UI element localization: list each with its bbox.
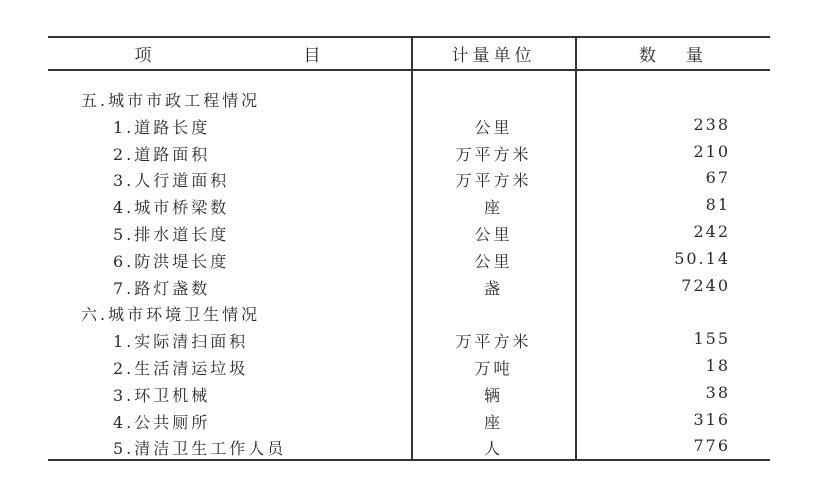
table-row: 2.生活清运垃圾万吨18 [48,356,770,383]
header-unit: 计量单位 [412,36,575,70]
row-item-label: 六.城市环境卫生情况 [81,302,260,325]
row-unit: 万平方米 [412,168,575,191]
row-item-label: 4.城市桥梁数 [113,195,229,218]
table-row: 3.环卫机械辆38 [48,383,770,410]
table-body: 五.城市市政工程情况1.道路长度公里2382.道路面积万平方米2103.人行道面… [48,88,770,463]
row-unit: 人 [412,436,575,459]
table-row: 7.路灯盏数盏7240 [48,276,770,303]
row-unit: 座 [412,410,575,433]
row-unit: 万平方米 [412,142,575,165]
statistics-table: 项 目 计量单位 数 量 五.城市市政工程情况1.道路长度公里2382.道路面积… [48,36,770,462]
row-unit: 公里 [412,249,575,272]
row-unit: 辆 [412,383,575,406]
row-item-label: 5.清洁卫生工作人员 [113,436,286,459]
row-quantity: 7240 [576,276,730,295]
row-quantity: 238 [576,115,730,134]
table-row: 1.道路长度公里238 [48,115,770,142]
row-quantity: 155 [576,329,730,348]
row-quantity: 50.14 [576,249,730,268]
row-unit: 座 [412,195,575,218]
row-item-label: 1.实际清扫面积 [113,329,248,352]
row-quantity: 67 [576,168,730,187]
row-unit: 万吨 [412,356,575,379]
row-unit: 公里 [412,115,575,138]
table-row: 3.人行道面积万平方米67 [48,168,770,195]
row-item-label: 3.环卫机械 [113,383,210,406]
table-row: 2.道路面积万平方米210 [48,142,770,169]
table-row: 5.排水道长度公里242 [48,222,770,249]
row-quantity: 38 [576,383,730,402]
row-unit: 公里 [412,222,575,245]
table-row: 4.公共厕所座316 [48,410,770,437]
row-item-label: 5.排水道长度 [113,222,229,245]
header-item: 项 目 [48,36,411,70]
row-item-label: 2.生活清运垃圾 [113,356,248,379]
table-row: 6.防洪堤长度公里50.14 [48,249,770,276]
header-quantity: 数 量 [576,36,770,70]
row-item-label: 4.公共厕所 [113,410,210,433]
row-item-label: 3.人行道面积 [113,168,229,191]
row-quantity: 81 [576,195,730,214]
row-quantity: 210 [576,142,730,161]
table-row: 5.清洁卫生工作人员人776 [48,436,770,463]
row-unit: 万平方米 [412,329,575,352]
row-quantity: 776 [576,436,730,455]
section-row: 六.城市环境卫生情况 [48,302,770,329]
row-item-label: 五.城市市政工程情况 [81,88,260,111]
row-item-label: 2.道路面积 [113,142,210,165]
row-item-label: 6.防洪堤长度 [113,249,229,272]
row-unit: 盏 [412,276,575,299]
section-row: 五.城市市政工程情况 [48,88,770,115]
row-item-label: 7.路灯盏数 [113,276,210,299]
row-quantity: 316 [576,410,730,429]
table-row: 1.实际清扫面积万平方米155 [48,329,770,356]
row-item-label: 1.道路长度 [113,115,210,138]
table-row: 4.城市桥梁数座81 [48,195,770,222]
row-quantity: 242 [576,222,730,241]
row-quantity: 18 [576,356,730,375]
